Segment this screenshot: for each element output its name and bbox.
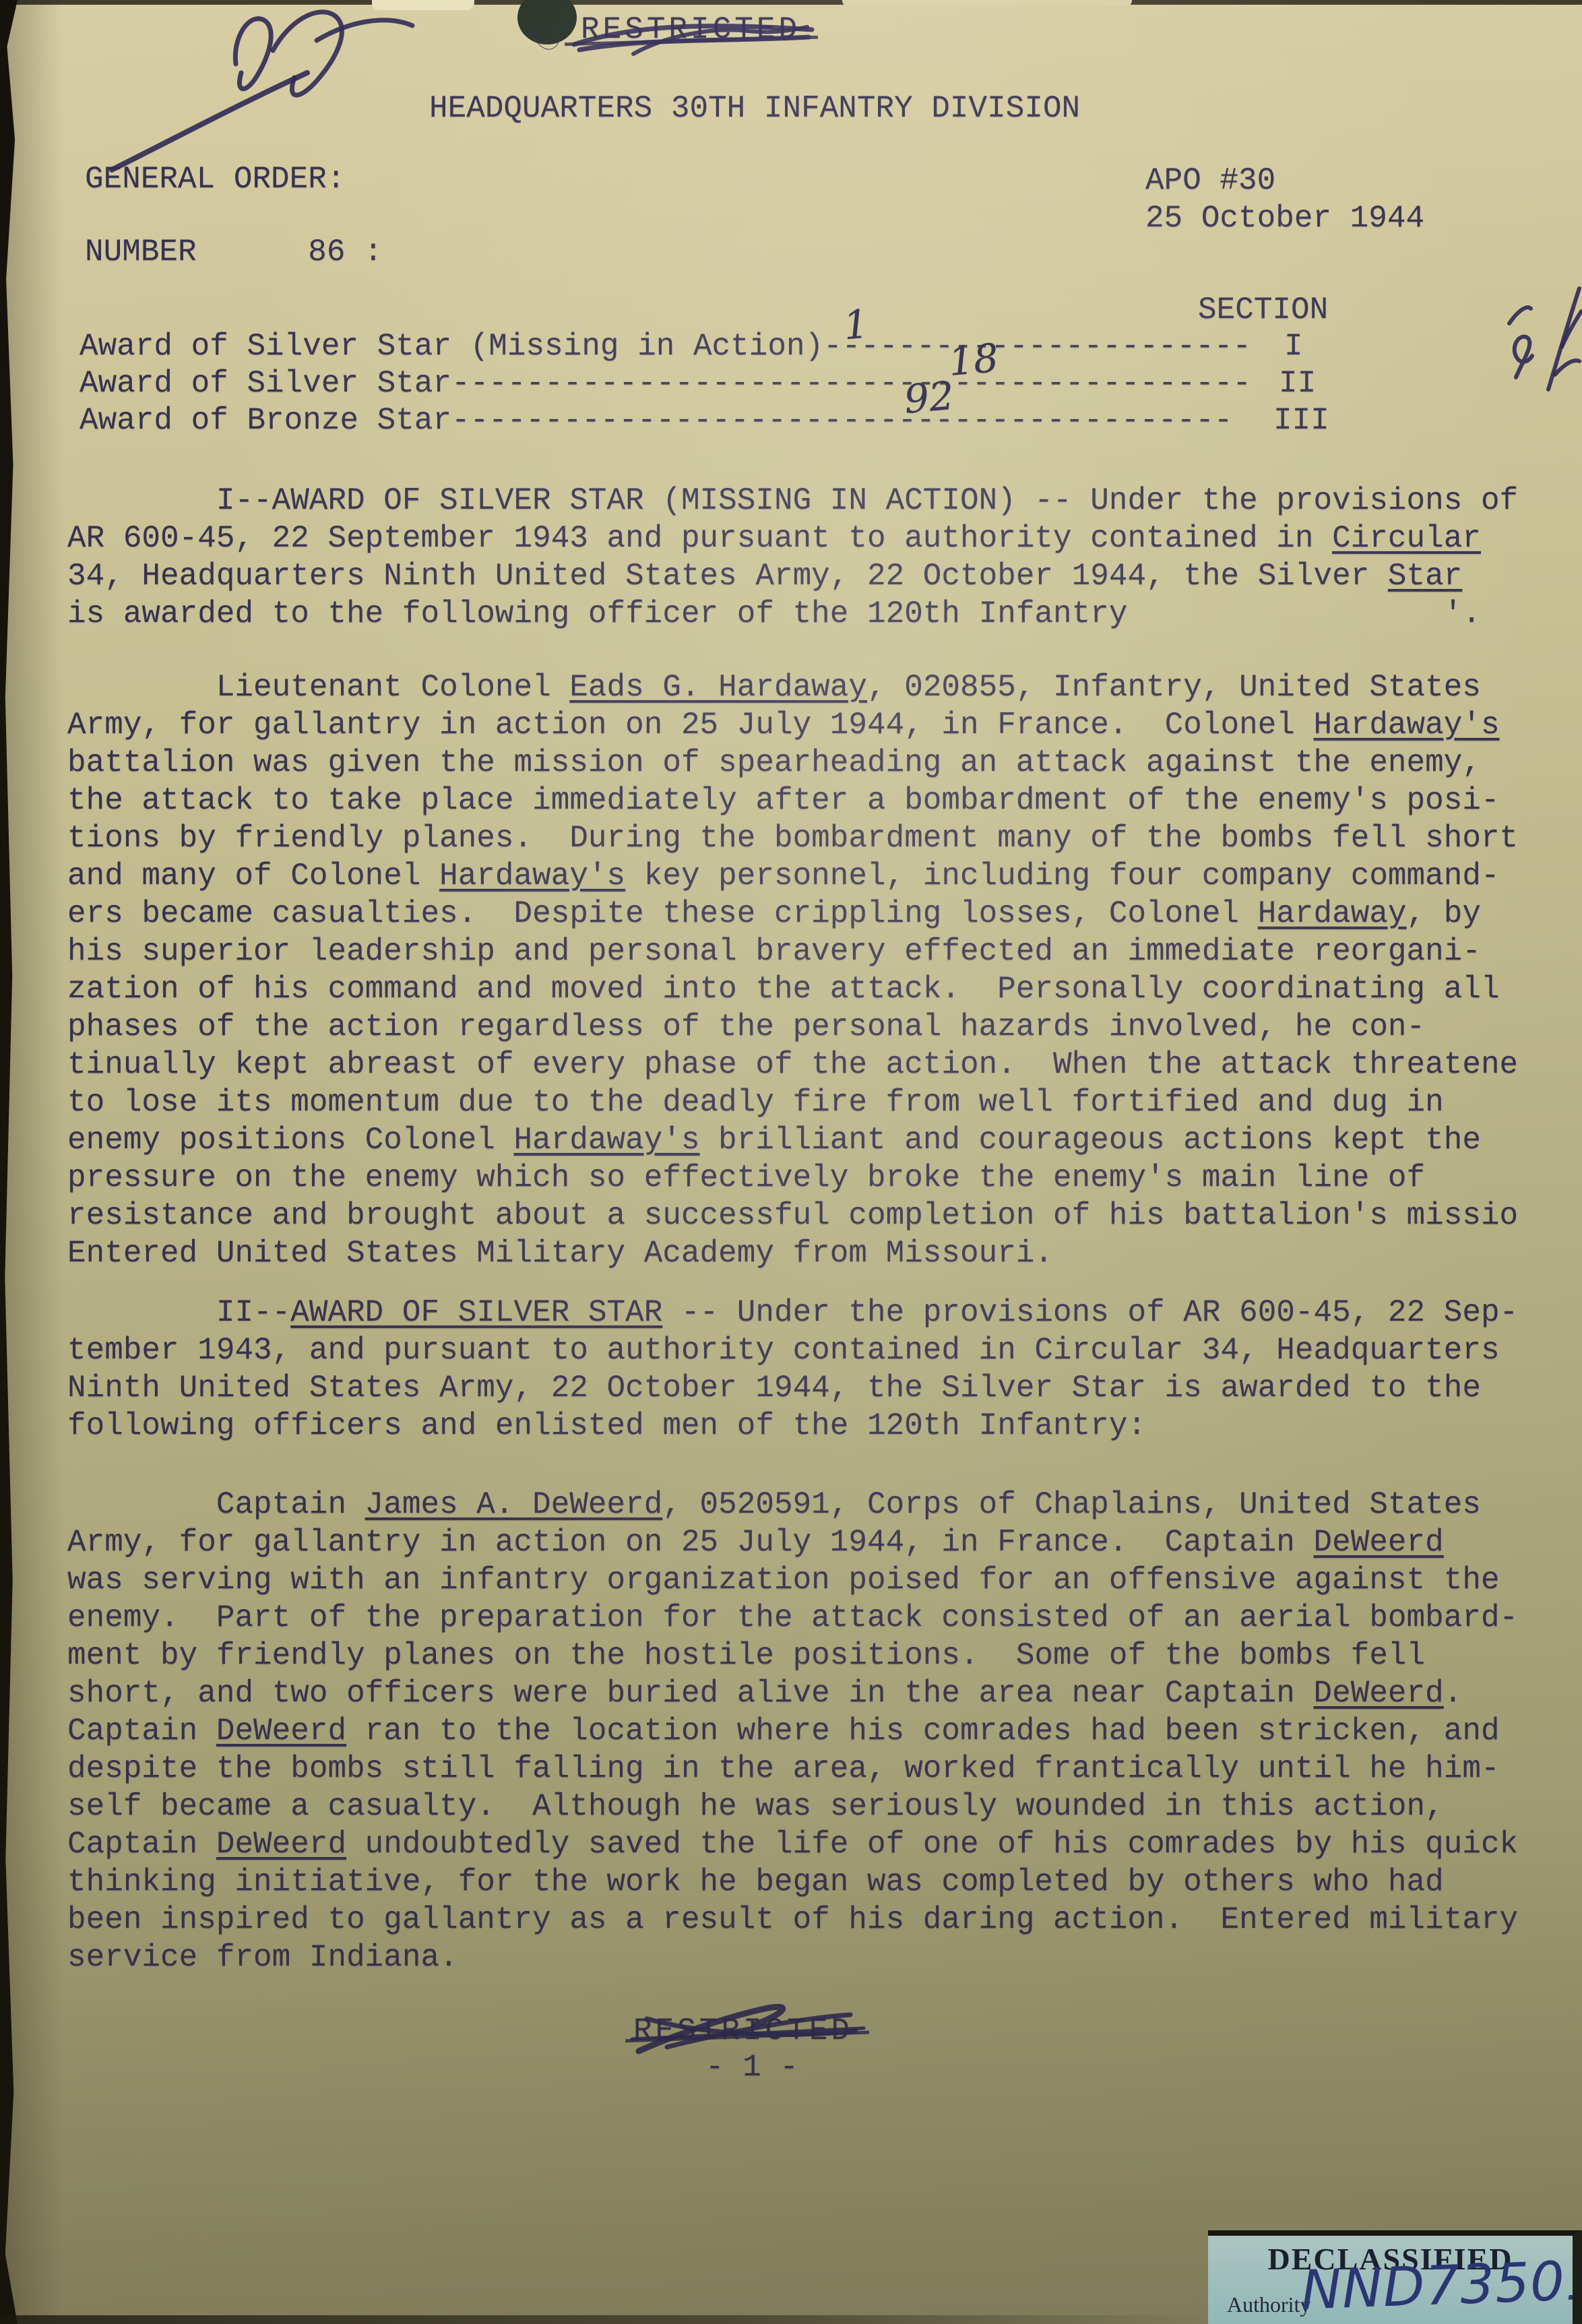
- typed-text: battalion was given the mission of spear…: [67, 745, 1481, 780]
- typed-text: Ninth United States Army, 22 October 194…: [67, 1371, 1481, 1406]
- typed-text: brilliant and courageous actions kept th…: [700, 1123, 1481, 1158]
- typed-text: Army, for gallantry in action on 25 July…: [67, 1525, 1314, 1560]
- hole-punch-mark: [517, 0, 577, 44]
- handwritten-page-annotation: 1: [842, 301, 871, 349]
- underlined-typed-text: Hardaway's: [514, 1123, 700, 1158]
- typed-text: zation of his command and moved into the…: [67, 972, 1500, 1007]
- paragraph-section-ii-award: II--AWARD OF SILVER STAR -- Under the pr…: [67, 1294, 1518, 1445]
- typed-text: ran to the location where his comrades h…: [346, 1714, 1499, 1749]
- typed-text: tember 1943, and pursuant to authority c…: [67, 1333, 1500, 1368]
- typed-text: is awarded to the following officer of t…: [67, 596, 1481, 631]
- typed-text: .: [1444, 1676, 1463, 1711]
- paragraph-section-i-award: I--AWARD OF SILVER STAR (MISSING IN ACTI…: [67, 482, 1518, 633]
- typed-text: and many of Colonel: [67, 858, 439, 893]
- underlined-typed-text: Circular: [1332, 521, 1481, 556]
- scanned-document-page: RESTRICTED HEADQUARTERS 30TH INFANTRY DI…: [0, 0, 1582, 2324]
- typed-text: pressure on the enemy which so effective…: [67, 1160, 1425, 1195]
- typed-text: ers became casualties. Despite these cri…: [67, 896, 1258, 931]
- paragraph-citation-hardaway: Lieutenant Colonel Eads G. Hardaway, 020…: [67, 668, 1518, 1272]
- document-title: HEADQUARTERS 30TH INFANTRY DIVISION: [429, 90, 1080, 127]
- paper-tear-patch: [842, 0, 1132, 6]
- underlined-typed-text: Hardaway's: [1314, 708, 1500, 743]
- typed-text: Captain: [67, 1827, 216, 1862]
- handwritten-diagonal-stroke: [112, 73, 307, 170]
- underlined-typed-text: DeWeerd: [1314, 1525, 1444, 1560]
- section-column-header: SECTION: [1198, 291, 1328, 329]
- typed-text: thinking initiative, for the work he beg…: [67, 1864, 1444, 1899]
- underlined-typed-text: DeWeerd: [1314, 1676, 1444, 1711]
- torn-top-edge: [0, 0, 1582, 5]
- typed-text: despite the bombs still falling in the a…: [67, 1751, 1500, 1786]
- typed-text: I--AWARD OF SILVER STAR (MISSING IN ACTI…: [67, 483, 1518, 518]
- declassified-authority-number-handwritten: NND735017: [1300, 2247, 1582, 2321]
- underlined-typed-text: Hardaway: [1258, 896, 1407, 931]
- typed-text: Captain: [67, 1487, 365, 1522]
- handwritten-signature-top-left: [235, 12, 412, 95]
- toc-section-numeral-3: III: [1273, 402, 1368, 439]
- declassified-authority-label: Authority: [1227, 2292, 1310, 2317]
- underlined-typed-text: DeWeerd: [216, 1827, 346, 1862]
- typed-text: tions by friendly planes. During the bom…: [67, 821, 1518, 856]
- toc-section-numeral-1: I: [1284, 327, 1379, 365]
- typed-text: short, and two officers were buried aliv…: [67, 1676, 1314, 1711]
- typed-text: ment by friendly planes on the hostile p…: [67, 1638, 1425, 1673]
- paragraph-citation-deweerd: Captain James A. DeWeerd, 0520591, Corps…: [67, 1486, 1518, 1976]
- torn-left-edge: [0, 0, 18, 2324]
- toc-row-bronze-star: Award of Bronze Star--------------------…: [80, 402, 1232, 439]
- typed-text: undoubtedly saved the life of one of his…: [346, 1827, 1518, 1862]
- paper-tear-patch: [372, 0, 474, 10]
- toc-row-typed-text: Award of Silver Star (Missing in Action)…: [80, 329, 1251, 364]
- underlined-typed-text: DeWeerd: [216, 1714, 346, 1749]
- document-date: 25 October 1944: [1145, 199, 1424, 237]
- typed-text: was serving with an infantry organizatio…: [67, 1563, 1500, 1598]
- general-order-label: GENERAL ORDER:: [85, 160, 345, 198]
- typed-text: , 0520591, Corps of Chaplains, United St…: [662, 1487, 1481, 1522]
- toc-row-typed-text: Award of Bronze Star--------------------…: [80, 403, 1232, 438]
- typed-text: , by: [1407, 896, 1481, 931]
- typed-text: AR 600-45, 22 September 1943 and pursuan…: [67, 521, 1332, 556]
- toc-row-typed-text: Award of Silver Star--------------------…: [80, 366, 1251, 401]
- underlined-typed-text: Eads G. Hardaway: [569, 670, 867, 705]
- typed-text: enemy positions Colonel: [67, 1123, 514, 1158]
- page-number: - 1 -: [705, 2048, 798, 2086]
- typed-text: phases of the action regardless of the p…: [67, 1009, 1425, 1044]
- typed-text: Captain: [67, 1714, 216, 1749]
- typed-text: service from Indiana.: [67, 1940, 458, 1975]
- typed-text: self became a casualty. Although he was …: [67, 1789, 1444, 1824]
- underlined-typed-text: Hardaway's: [439, 858, 625, 893]
- order-number-line: NUMBER 86 :: [85, 233, 383, 271]
- hole-punch-mark: [532, 27, 560, 49]
- typed-text: tinually kept abreast of every phase of …: [67, 1047, 1518, 1082]
- typed-text: his superior leadership and personal bra…: [67, 934, 1481, 969]
- typed-text: II--: [67, 1295, 290, 1330]
- bottom-edge-shadow: [0, 2315, 1213, 2324]
- toc-row-silver-star-mia: Award of Silver Star (Missing in Action)…: [80, 327, 1251, 365]
- declassified-stamp: DECLASSIFIED Authority NND735017: [1208, 2230, 1582, 2324]
- typed-text: Army, for gallantry in action on 25 July…: [67, 708, 1314, 743]
- handwritten-margin-annotation-right: [1509, 288, 1581, 389]
- typed-text: to lose its momentum due to the deadly f…: [67, 1085, 1444, 1120]
- typed-text: 34, Headquarters Ninth United States Arm…: [67, 559, 1388, 594]
- typed-text: enemy. Part of the preparation for the a…: [67, 1600, 1518, 1635]
- typed-text: , 020855, Infantry, United States: [867, 670, 1481, 705]
- typed-text: key personnel, including four company co…: [625, 858, 1499, 893]
- typed-text: -- Under the provisions of AR 600-45, 22…: [662, 1295, 1518, 1330]
- apo-number: APO #30: [1145, 162, 1275, 199]
- typed-text: the attack to take place immediately aft…: [67, 783, 1500, 818]
- toc-section-numeral-2: II: [1279, 365, 1373, 402]
- handwritten-page-annotation: 92: [902, 373, 955, 422]
- typed-text: following officers and enlisted men of t…: [67, 1408, 1146, 1443]
- underlined-typed-text: AWARD OF SILVER STAR: [290, 1295, 662, 1330]
- typed-text: Lieutenant Colonel: [67, 670, 569, 705]
- typed-text: resistance and brought about a successfu…: [67, 1198, 1518, 1233]
- underlined-typed-text: Star: [1388, 559, 1462, 594]
- handwritten-page-annotation: 18: [947, 335, 1000, 385]
- underlined-typed-text: James A. DeWeerd: [365, 1487, 663, 1522]
- toc-row-silver-star: Award of Silver Star--------------------…: [80, 365, 1251, 402]
- typed-text: been inspired to gallantry as a result o…: [67, 1902, 1518, 1937]
- classification-restricted-bottom: RESTRICTED: [633, 2012, 853, 2050]
- typed-text: Entered United States Military Academy f…: [67, 1236, 1053, 1271]
